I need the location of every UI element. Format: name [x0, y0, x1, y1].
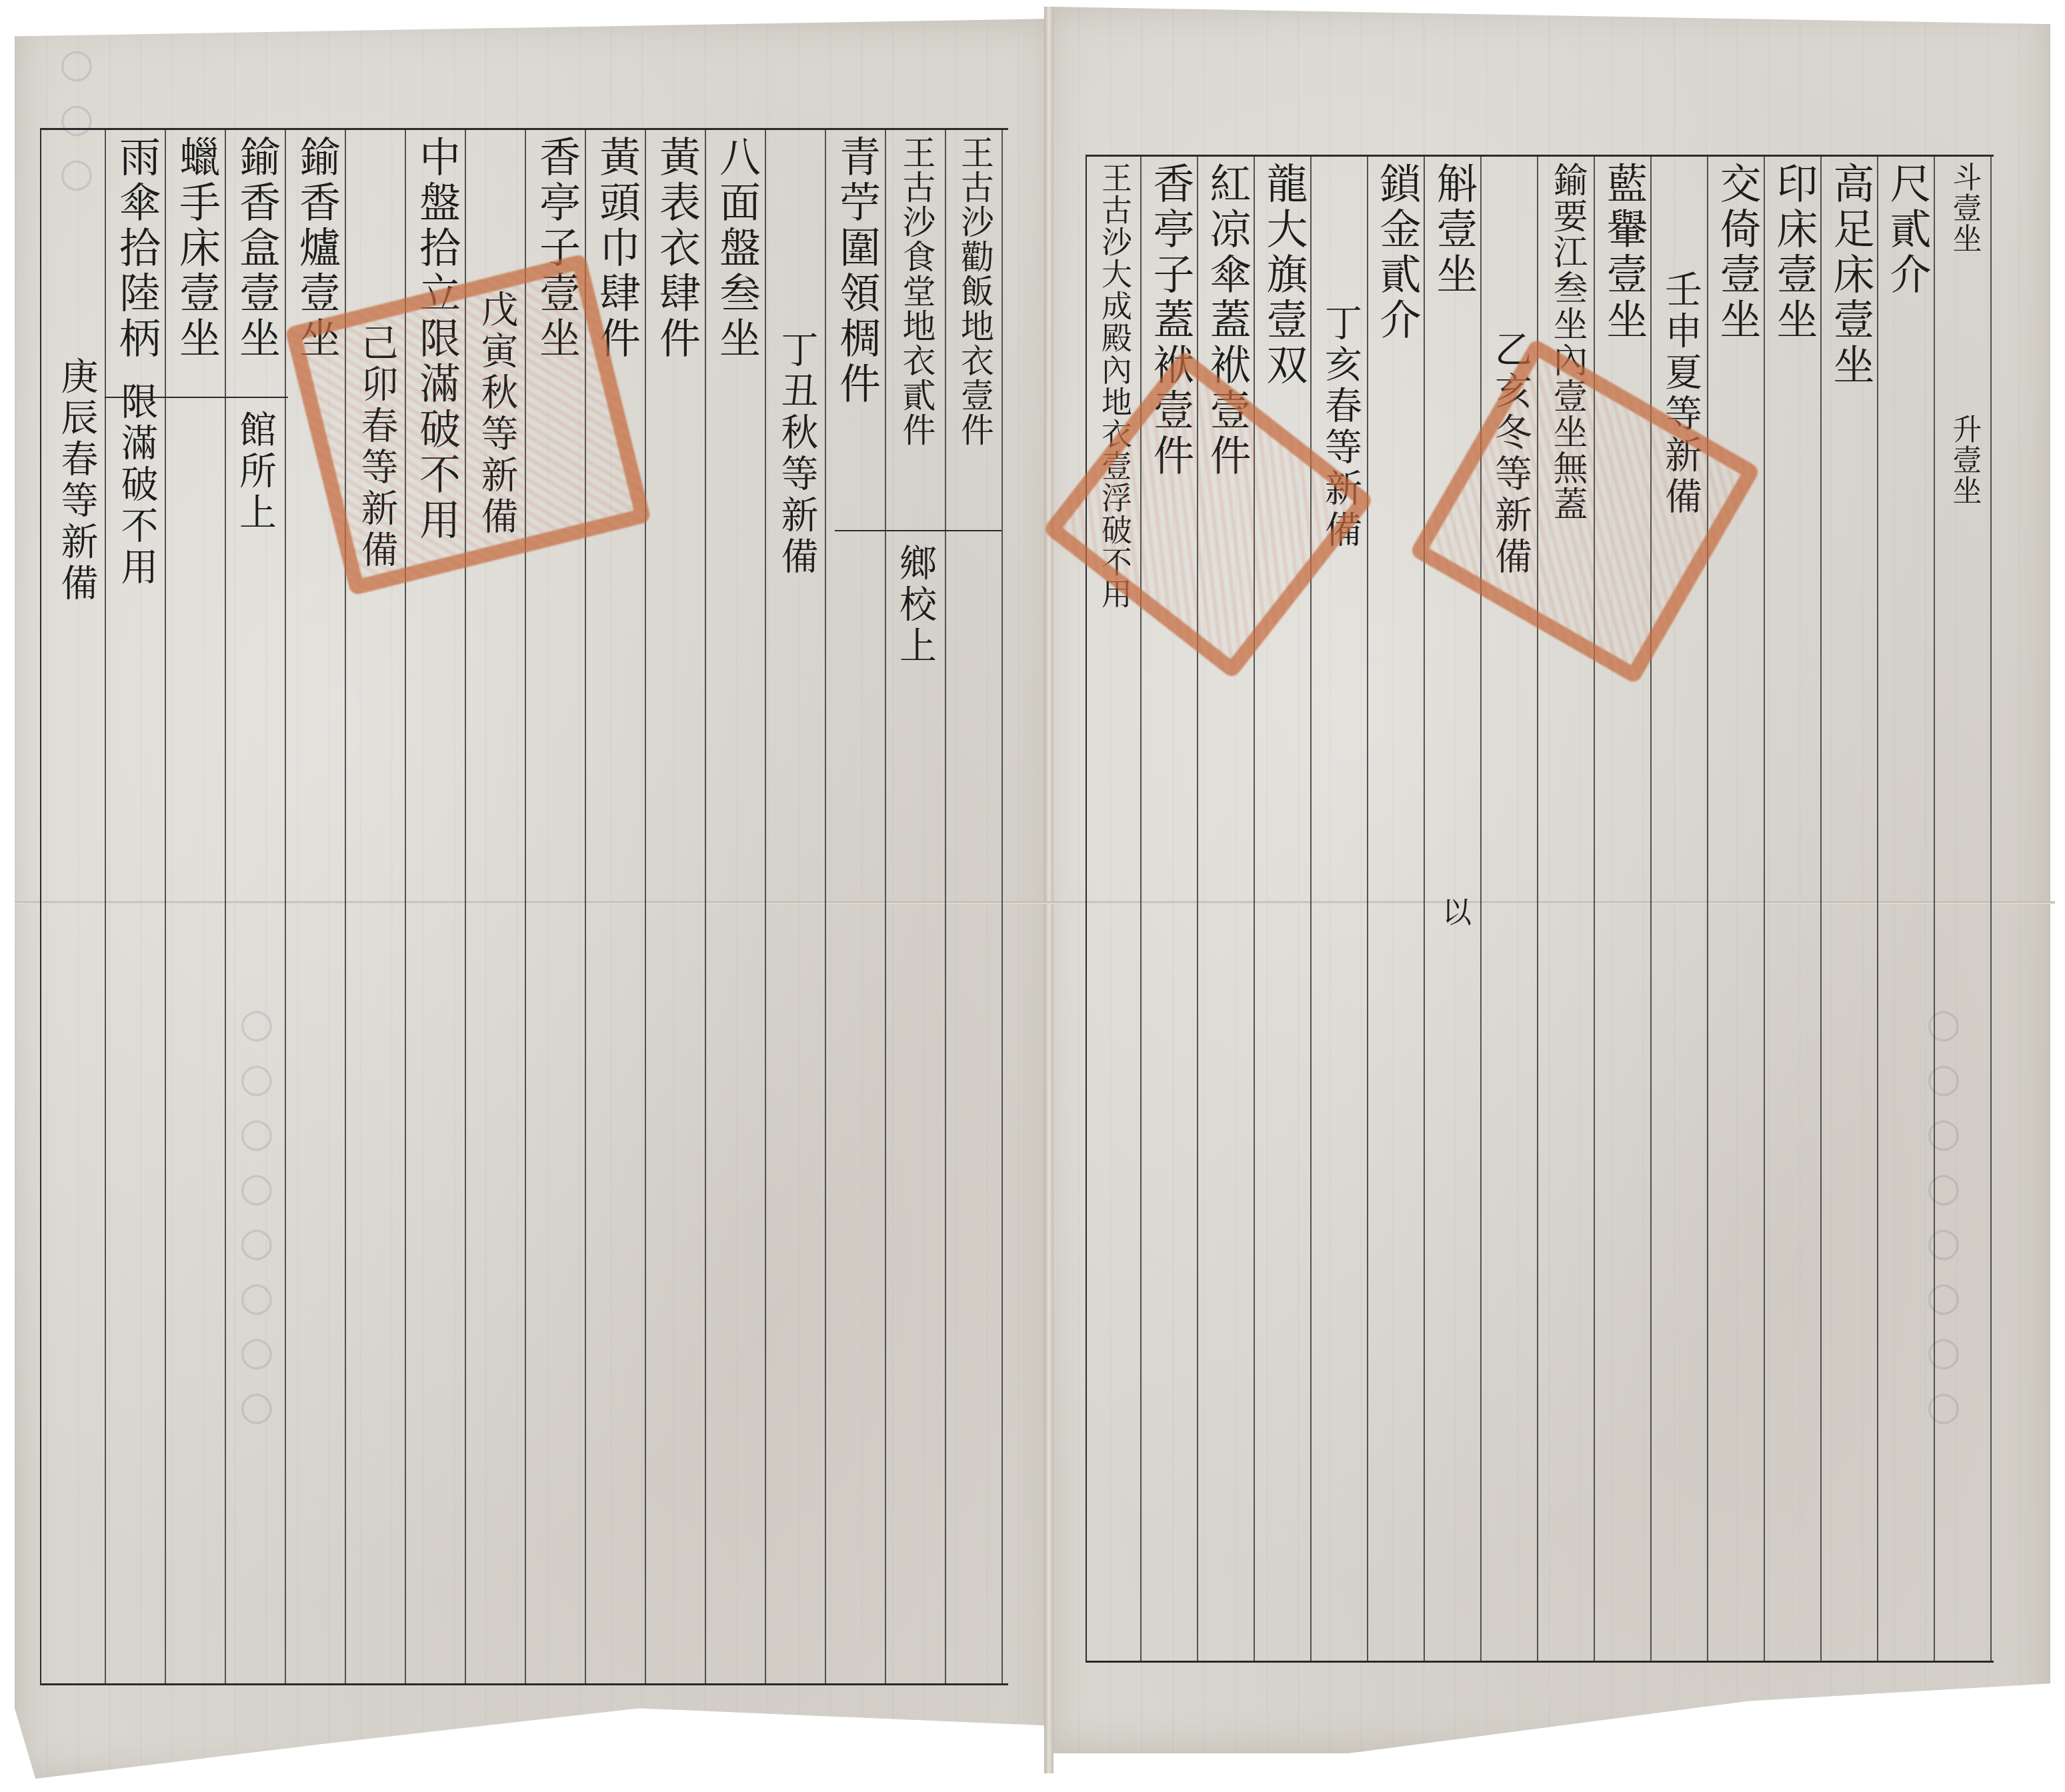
column-rule	[165, 130, 166, 1683]
ledger-entry: 尺貳介	[1880, 162, 1934, 298]
ledger-entry: 斛壹坐	[1427, 162, 1480, 298]
column-rule	[1424, 157, 1425, 1661]
binding-fold	[1044, 7, 1054, 1773]
entry-item: 龍大旗壹双	[1263, 162, 1304, 389]
entry-note: 升壹坐	[1950, 414, 1979, 506]
ledger-entry: 青苧圍領椆件	[828, 135, 885, 407]
entry-item: 鍮香盒壹坐	[236, 135, 277, 362]
entry-item: 蠟手床壹坐	[176, 135, 217, 362]
ledger-entry: 黃表衣肆件	[648, 135, 705, 362]
ledger-entry: 高足床壹坐	[1824, 162, 1877, 389]
group-label-text: 鄉校上	[896, 543, 933, 667]
entry-item: 高足床壹坐	[1830, 162, 1871, 389]
column-rule	[1001, 130, 1003, 1683]
group-label: 館所上	[228, 410, 281, 534]
column-rule	[1990, 157, 1992, 1661]
column-rule	[945, 130, 946, 1683]
entry-note: 庚辰春等新備	[58, 357, 95, 605]
entry-item: 藍轝壹坐	[1603, 162, 1644, 343]
entry-item: 交倚壹坐	[1716, 162, 1758, 343]
entry-item: 雨傘拾陸柄	[116, 135, 157, 362]
ledger-entry: 王古沙食堂地衣貳件	[888, 135, 945, 447]
entry-item: 尺貳介	[1886, 162, 1928, 298]
ledger-entry: 龍大旗壹双	[1257, 162, 1310, 389]
entry-item: 黃表衣肆件	[656, 135, 697, 362]
column-rule	[765, 130, 766, 1683]
entry-item: 王古沙勸飯地衣壹件	[958, 135, 991, 447]
entry-item: 王古沙食堂地衣貳件	[900, 135, 933, 447]
entry-note: 丁丑秋等新備	[778, 330, 815, 578]
ledger-entry: 鍮香盒壹坐	[228, 135, 285, 362]
column-rule	[1707, 157, 1708, 1661]
column-rule	[1764, 157, 1765, 1661]
entry-item: 鎖金貳介	[1376, 162, 1418, 343]
column-rule	[1254, 157, 1255, 1661]
ledger-entry: 王古沙勸飯地衣壹件	[948, 135, 1001, 447]
ledger-entry: 鎖金貳介	[1370, 162, 1424, 343]
margin-mark: 以	[1427, 897, 1480, 927]
entry-item: 斛壹坐	[1433, 162, 1474, 298]
group-label-text: 館所上	[236, 410, 273, 534]
column-rule	[1820, 157, 1822, 1661]
column-rule	[1480, 157, 1482, 1661]
ledger-entry: 交倚壹坐	[1710, 162, 1764, 343]
margin-mark-text: 以	[1439, 897, 1468, 927]
entry-item: 斗壹坐	[1950, 162, 1979, 254]
entry-item: 青苧圍領椆件	[836, 135, 877, 407]
ledger-entry: 八面盤叁坐	[708, 135, 765, 362]
entry-item: 印床壹坐	[1773, 162, 1814, 343]
column-rule	[105, 130, 106, 1683]
column-rule	[1650, 157, 1652, 1661]
ledger-entry: 雨傘拾陸柄 限滿破不用	[108, 135, 165, 589]
ledger-entry: 藍轝壹坐	[1597, 162, 1650, 343]
ledger-date-note: 丁丑秋等新備	[768, 330, 825, 578]
ledger-entry: 斗壹坐 升壹坐	[1939, 162, 1989, 506]
column-rule	[1140, 157, 1142, 1661]
entry-item: 八面盤叁坐	[716, 135, 757, 362]
ledger-entry: 蠟手床壹坐	[168, 135, 225, 362]
column-rule	[1877, 157, 1878, 1661]
group-label: 鄉校上	[888, 543, 941, 667]
ledger-entry: 印床壹坐	[1767, 162, 1820, 343]
entry-note: 限滿破不用	[118, 382, 155, 589]
column-rule	[1934, 157, 1935, 1661]
ledger-date-note: 庚辰春等新備	[48, 357, 105, 605]
column-rule	[885, 130, 886, 1683]
group-bracket	[835, 530, 1001, 531]
column-rule	[1367, 157, 1368, 1661]
column-rule	[825, 130, 826, 1683]
column-rule	[225, 130, 226, 1683]
column-rule	[645, 130, 646, 1683]
column-rule	[1310, 157, 1312, 1661]
column-rule	[285, 130, 286, 1683]
column-rule	[705, 130, 706, 1683]
